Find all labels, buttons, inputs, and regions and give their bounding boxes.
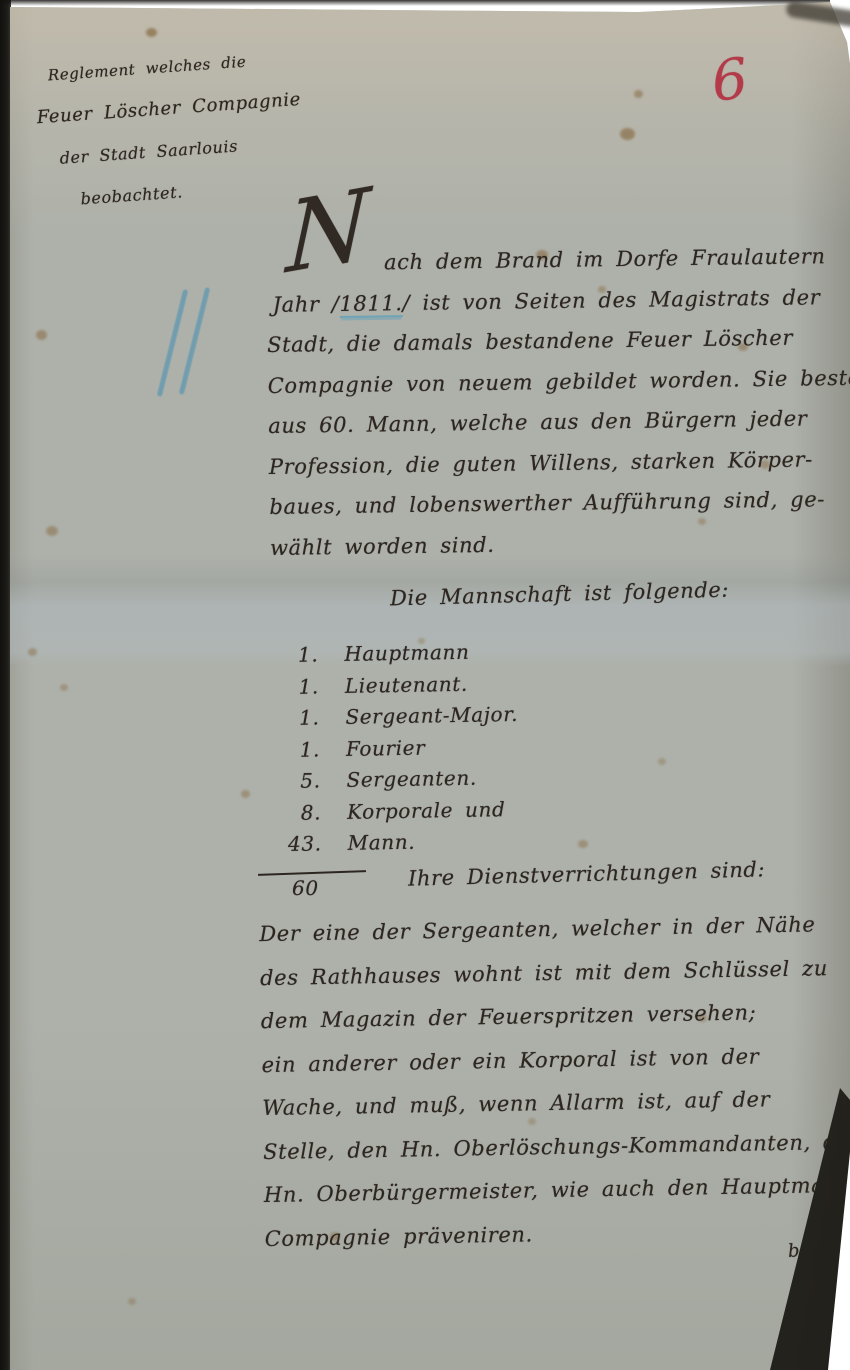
- stain-spot: [28, 648, 37, 656]
- roster-count: 8.: [277, 797, 326, 829]
- stain-spot: [36, 330, 47, 340]
- text-segment: Jahr /: [272, 291, 339, 316]
- roster-count: 1.: [275, 671, 324, 703]
- roster-count: 1.: [276, 734, 325, 766]
- roster-rank: Lieutenant.: [323, 668, 468, 702]
- photo-edge-top: [0, 0, 830, 6]
- stain-spot: [128, 1298, 136, 1305]
- roster-rank: Fourier: [324, 732, 426, 765]
- roster-row: 43.Mann.: [277, 825, 520, 861]
- roster-rank: Korporale und: [325, 794, 506, 829]
- roster-count: 5.: [276, 765, 325, 797]
- roster-heading: Die Mannschaft ist folgende:: [390, 578, 730, 611]
- roster-row: 1.Sergeant-Major.: [275, 699, 518, 735]
- roster-count: 1.: [274, 639, 323, 671]
- stain-spot: [46, 526, 58, 536]
- roster-total: 60: [292, 876, 319, 900]
- text-line: wählt worden sind.: [270, 520, 841, 568]
- stain-spot: [658, 758, 666, 765]
- roster-count: 43.: [277, 828, 326, 860]
- roster-count: 1.: [275, 702, 324, 734]
- stain-spot: [620, 128, 635, 140]
- stain-spot: [241, 790, 250, 798]
- text-segment: / ist von Seiten des Magistrats der: [402, 285, 820, 315]
- roster-row: 1.Hauptmann: [274, 636, 517, 672]
- manuscript-page: Reglement welches die Feuer Löscher Comp…: [0, 0, 850, 1370]
- year-1811-blue-underlined: 1811.: [339, 291, 402, 318]
- stain-spot: [634, 90, 643, 98]
- roster-row: 8.Korporale und: [277, 793, 520, 829]
- manuscript-photo: Reglement welches die Feuer Löscher Comp…: [0, 0, 850, 1370]
- roster-rank: Hauptmann: [322, 637, 470, 671]
- roster-rank: Sergeanten.: [324, 763, 477, 797]
- roster-row: 1.Lieutenant.: [275, 667, 518, 703]
- paragraph-intro: ach dem Brand im Dorfe Fraulautern Jahr …: [266, 236, 840, 568]
- photo-edge-left: [0, 0, 11, 1370]
- page-number: 6: [709, 46, 752, 114]
- stain-spot: [60, 684, 68, 691]
- marginal-title-note: Reglement welches die Feuer Löscher Comp…: [32, 37, 308, 223]
- stain-spot: [146, 28, 157, 37]
- catchword: bei: [787, 1239, 818, 1262]
- duties-heading: Ihre Dienstverrichtungen sind:: [408, 857, 766, 890]
- roster-row: 5.Sergeanten.: [276, 762, 519, 798]
- roster-list: 1.Hauptmann 1.Lieutenant. 1.Sergeant-Maj…: [274, 636, 521, 861]
- roster-rank: Mann.: [325, 827, 415, 860]
- stain-spot: [578, 840, 588, 848]
- text-line: baues, und lobenswerther Aufführung sind…: [269, 479, 840, 527]
- roster-rank: Sergeant-Major.: [323, 699, 518, 734]
- paragraph-duties: Der eine der Sergeanten, welcher in der …: [259, 903, 845, 1261]
- roster-row: 1.Fourier: [276, 730, 519, 766]
